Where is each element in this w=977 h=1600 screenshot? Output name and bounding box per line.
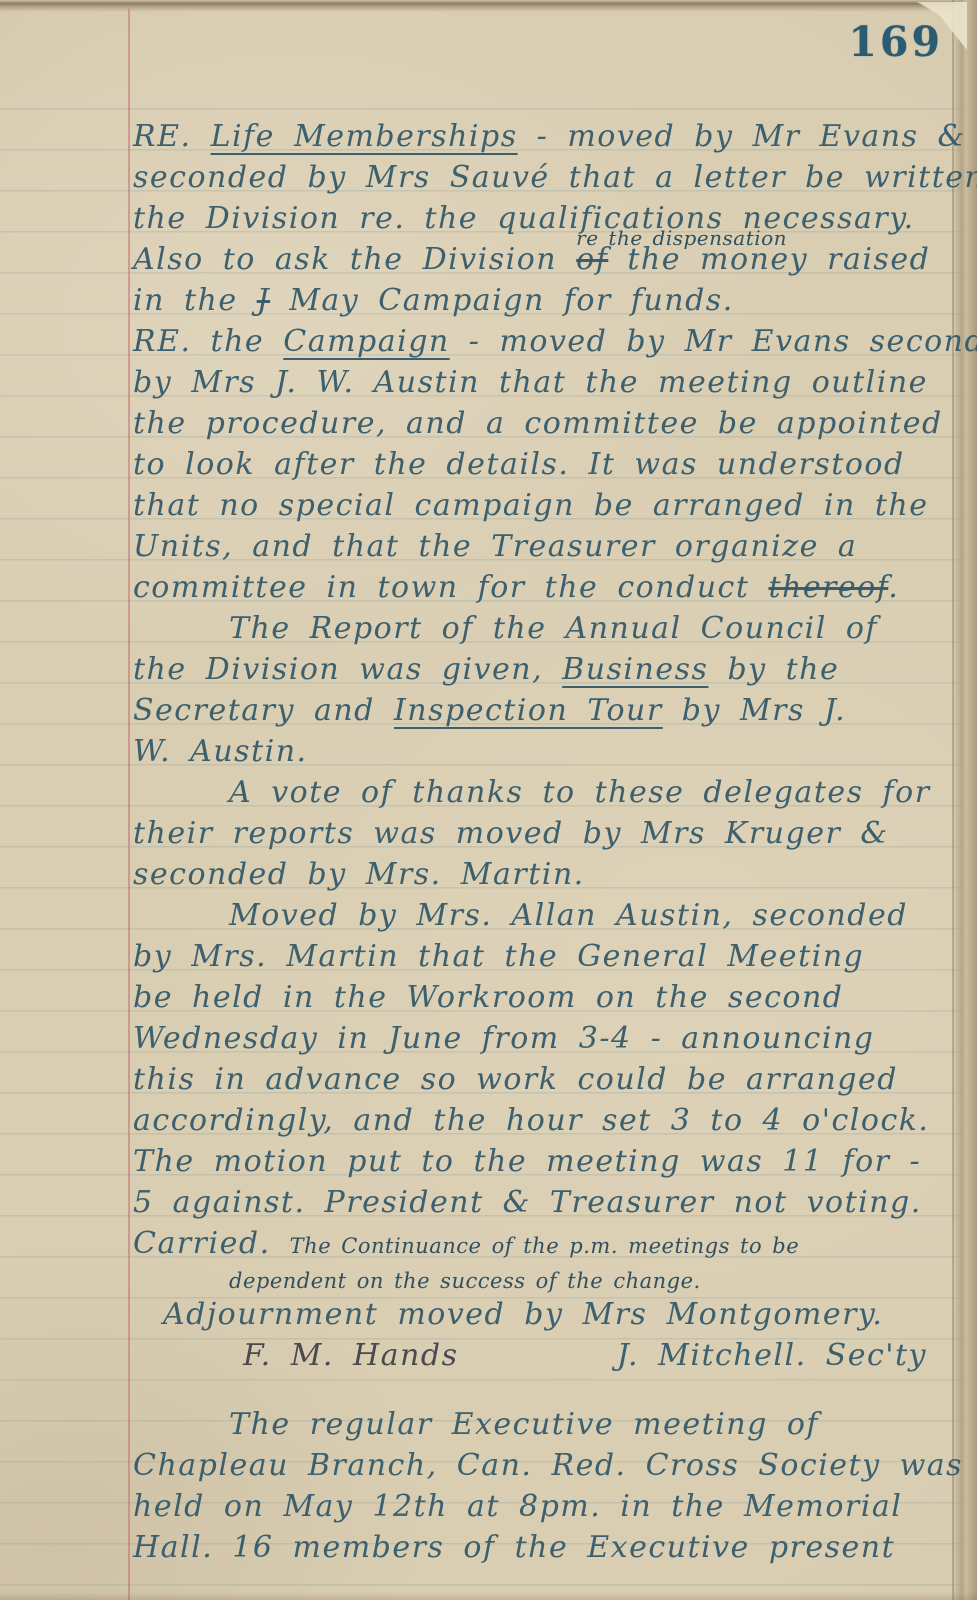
manuscript-line: The motion put to the meeting was 11 for…: [133, 1141, 969, 1182]
handwritten-text: held on May 12th at 8pm. in the Memorial: [133, 1489, 902, 1524]
page-number: 169: [848, 18, 943, 66]
manuscript-line: Carried. The Continuance of the p.m. mee…: [133, 1223, 969, 1264]
manuscript-line: committee in town for the conduct thereo…: [133, 567, 969, 608]
manuscript: RE. Life Memberships - moved by Mr Evans…: [133, 116, 969, 1568]
handwritten-text: the Division was given,: [133, 652, 562, 687]
handwritten-text: The motion put to the meeting was 11 for…: [133, 1144, 921, 1179]
handwritten-text: Wednesday in June from 3-4 - announcing: [133, 1021, 874, 1056]
manuscript-line: the Division re. the qualifications nece…: [133, 198, 969, 239]
handwritten-text: seconded by Mrs. Martin.: [133, 857, 585, 892]
signature-chairman: F. M. Hands: [243, 1335, 458, 1376]
manuscript-line: Hall. 16 members of the Executive presen…: [133, 1527, 969, 1568]
handwritten-text: seconded by Mrs Sauvé that a letter be w…: [133, 160, 977, 195]
manuscript-line: the procedure, and a committee be appoin…: [133, 403, 969, 444]
manuscript-line: 5 against. President & Treasurer not vot…: [133, 1182, 969, 1223]
handwritten-text: - moved by Mr Evans &: [518, 119, 966, 154]
manuscript-line: RE. the Campaign - moved by Mr Evans sec…: [133, 321, 969, 362]
manuscript-line: Also to ask the Division re the dispensa…: [133, 239, 969, 280]
small-handwriting: dependent on the success of the change.: [229, 1269, 701, 1293]
underlined-text: Business: [562, 652, 708, 687]
underlined-text: Life Memberships: [211, 119, 518, 154]
manuscript-line: The Report of the Annual Council of: [133, 608, 969, 649]
struck-out-text: J: [257, 283, 271, 318]
page-bottom-edge: [0, 1592, 977, 1600]
manuscript-line: seconded by Mrs Sauvé that a letter be w…: [133, 157, 969, 198]
handwritten-text: Hall. 16 members of the Executive presen…: [133, 1530, 895, 1565]
manuscript-line: to look after the details. It was unders…: [133, 444, 969, 485]
page-top-edge: [0, 0, 977, 12]
interlinear-insertion: re the dispensation: [576, 218, 787, 259]
manuscript-line: by Mrs. Martin that the General Meeting: [133, 936, 969, 977]
manuscript-line: the Division was given, Business by the: [133, 649, 969, 690]
manuscript-line: Moved by Mrs. Allan Austin, seconded: [133, 895, 969, 936]
handwritten-text: their reports was moved by Mrs Kruger &: [133, 816, 889, 851]
handwritten-text: the Division re. the qualifications nece…: [133, 201, 915, 236]
handwritten-text: Units, and that the Treasurer organize a: [133, 529, 857, 564]
manuscript-line: in the J May Campaign for funds.: [133, 280, 969, 321]
handwritten-text: be held in the Workroom on the second: [133, 980, 843, 1015]
manuscript-line: that no special campaign be arranged in …: [133, 485, 969, 526]
handwritten-text: Moved by Mrs. Allan Austin, seconded: [229, 898, 908, 933]
signature-secretary: J. Mitchell. Sec'ty: [617, 1335, 927, 1376]
handwritten-text: May Campaign for funds.: [270, 283, 734, 318]
red-margin-line: [128, 0, 130, 1600]
manuscript-line: held on May 12th at 8pm. in the Memorial: [133, 1486, 969, 1527]
handwritten-text: The regular Executive meeting of: [229, 1407, 819, 1442]
notebook-page: 169 RE. Life Memberships - moved by Mr E…: [0, 0, 977, 1600]
handwritten-text: Chapleau Branch, Can. Red. Cross Society…: [133, 1448, 963, 1483]
manuscript-line: Secretary and Inspection Tour by Mrs J.: [133, 690, 969, 731]
handwritten-text: accordingly, and the hour set 3 to 4 o'c…: [133, 1103, 929, 1138]
handwritten-text: Carried.: [133, 1226, 290, 1261]
handwritten-text: W. Austin.: [133, 734, 308, 769]
manuscript-line: dependent on the success of the change.: [133, 1264, 969, 1294]
manuscript-line: accordingly, and the hour set 3 to 4 o'c…: [133, 1100, 969, 1141]
handwritten-text: the procedure, and a committee be appoin…: [133, 406, 943, 441]
manuscript-line: F. M. HandsJ. Mitchell. Sec'ty: [133, 1335, 969, 1376]
manuscript-line: Units, and that the Treasurer organize a: [133, 526, 969, 567]
handwritten-text: by Mrs J. W. Austin that the meeting out…: [133, 365, 928, 400]
handwritten-text: RE.: [133, 119, 211, 154]
handwritten-text: Also to ask the Division: [133, 242, 576, 277]
handwritten-text: Secretary and: [133, 693, 394, 728]
manuscript-line: this in advance so work could be arrange…: [133, 1059, 969, 1100]
handwritten-text: by the: [708, 652, 839, 687]
handwritten-text: RE. the: [133, 324, 283, 359]
handwritten-text: to look after the details. It was unders…: [133, 447, 905, 482]
handwritten-text: committee in town for the conduct: [133, 570, 768, 605]
manuscript-line: Chapleau Branch, Can. Red. Cross Society…: [133, 1445, 969, 1486]
handwritten-text: that no special campaign be arranged in …: [133, 488, 928, 523]
manuscript-line: Adjournment moved by Mrs Montgomery.: [133, 1294, 969, 1335]
underlined-text: Inspection Tour: [394, 693, 663, 728]
manuscript-line: Wednesday in June from 3-4 - announcing: [133, 1018, 969, 1059]
manuscript-line: The regular Executive meeting of: [133, 1404, 969, 1445]
manuscript-line: by Mrs J. W. Austin that the meeting out…: [133, 362, 969, 403]
handwritten-text: this in advance so work could be arrange…: [133, 1062, 898, 1097]
handwritten-text: .: [888, 570, 899, 605]
manuscript-line: their reports was moved by Mrs Kruger &: [133, 813, 969, 854]
struck-out-text: thereof: [768, 570, 888, 605]
manuscript-line: RE. Life Memberships - moved by Mr Evans…: [133, 116, 969, 157]
manuscript-line: A vote of thanks to these delegates for: [133, 772, 969, 813]
handwritten-text: Adjournment moved by Mrs Montgomery.: [163, 1297, 883, 1332]
handwritten-text: in the: [133, 283, 257, 318]
handwritten-text: A vote of thanks to these delegates for: [229, 775, 931, 810]
manuscript-line: W. Austin.: [133, 731, 969, 772]
manuscript-line: seconded by Mrs. Martin.: [133, 854, 969, 895]
underlined-text: Campaign: [283, 324, 450, 359]
manuscript-line: be held in the Workroom on the second: [133, 977, 969, 1018]
small-handwriting: The Continuance of the p.m. meetings to …: [290, 1234, 800, 1258]
handwritten-text: 5 against. President & Treasurer not vot…: [133, 1185, 922, 1220]
handwritten-text: - moved by Mr Evans seconded: [450, 324, 977, 359]
handwritten-text: The Report of the Annual Council of: [229, 611, 878, 646]
handwritten-text: by Mrs. Martin that the General Meeting: [133, 939, 864, 974]
handwritten-text: by Mrs J.: [663, 693, 846, 728]
